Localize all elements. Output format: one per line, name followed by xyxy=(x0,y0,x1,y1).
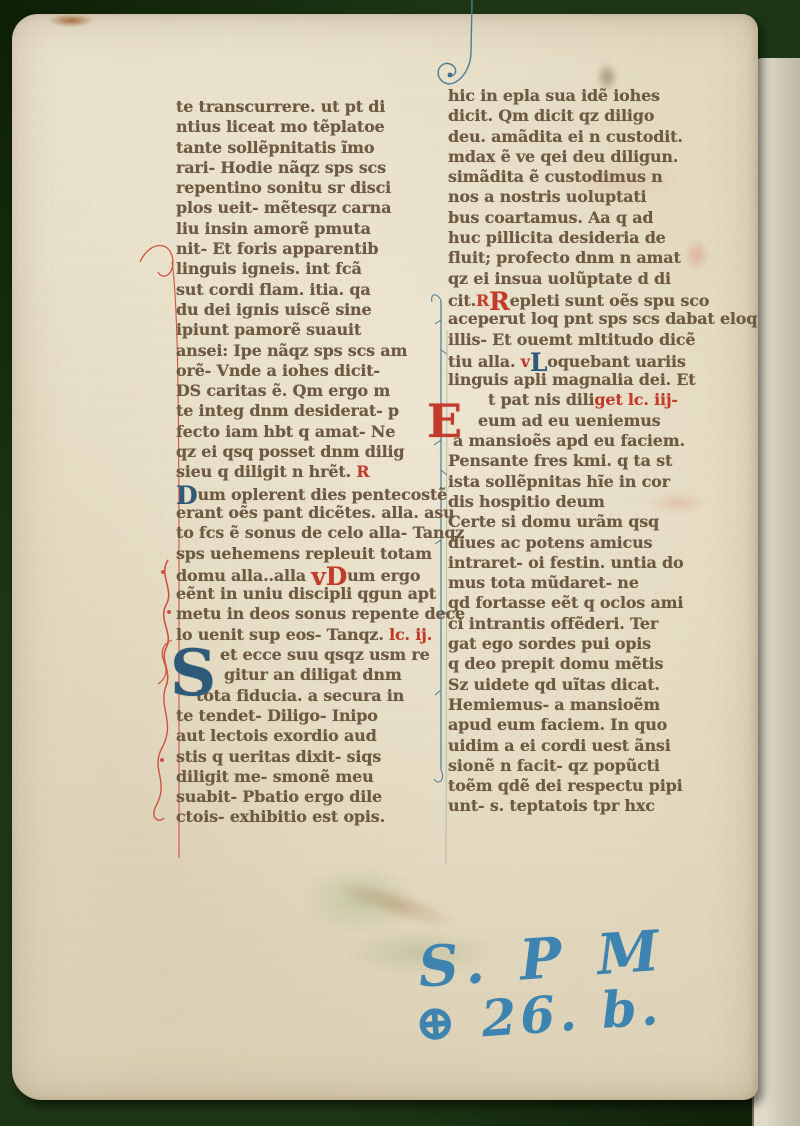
manuscript-text-line: cit.RRepleti sunt oẽs spu sco xyxy=(448,289,720,309)
manuscript-text-line: qz ei insua uolũptate d di xyxy=(448,269,720,289)
body-text: q deo prepit domu mẽtis xyxy=(448,654,663,673)
manuscript-text-line: ntius liceat mo tẽplatoe xyxy=(176,117,440,137)
body-text: eẽnt in uniu discipli qgun apt xyxy=(176,584,436,603)
manuscript-text-line: eẽnt in uniu discipli qgun apt xyxy=(176,584,440,604)
body-text: cit. xyxy=(448,291,476,310)
body-text: domu alla..alla xyxy=(176,566,311,585)
body-text: Hemiemus- a mansioẽm xyxy=(448,695,660,714)
body-text: DS caritas ẽ. Qm ergo m xyxy=(176,381,390,400)
manuscript-text-line: repentino sonitu sr disci xyxy=(176,178,440,198)
rubric-text: R xyxy=(476,291,489,310)
manuscript-text-line: dis hospitio deum xyxy=(448,492,720,512)
body-text: dicit. Qm dicit qz diligo xyxy=(448,106,654,125)
body-text: rari- Hodie nãqz sps scs xyxy=(176,158,386,177)
initial-letter-e: E xyxy=(427,398,462,444)
manuscript-text-line: apud eum faciem. In quo xyxy=(448,715,720,735)
body-text: simãdita ẽ custodimus n xyxy=(448,167,663,186)
body-text: te integ dnm desiderat- p xyxy=(176,401,399,420)
body-text: gat ego sordes pui opis xyxy=(448,634,651,653)
body-text: fecto iam hbt q amat- Ne xyxy=(176,422,395,441)
manuscript-text-line: Dum oplerent dies pentecostẽ xyxy=(176,483,440,503)
body-text: um ergo xyxy=(347,566,420,585)
manuscript-text-line: aut lectois exordio aud xyxy=(176,726,440,746)
body-text: toẽm qdẽ dei respectu pipi xyxy=(448,776,683,795)
body-text: ista sollẽpnitas hĩe in cor xyxy=(448,472,670,491)
body-text: te transcurrere. ut pt di xyxy=(176,97,385,116)
manuscript-text-line: Certe si domu urãm qsq xyxy=(448,512,720,532)
manuscript-text-line: diligit me- smonẽ meu xyxy=(176,767,440,787)
facing-page-edge xyxy=(752,58,800,1126)
body-text: linguis igneis. int fcã xyxy=(176,259,362,278)
initial-letter-s: S xyxy=(170,642,216,706)
manuscript-text-line: linguis igneis. int fcã xyxy=(176,259,440,279)
body-text: mus tota mũdaret- ne xyxy=(448,573,639,592)
manuscript-text-line: intraret- oi festin. untia do xyxy=(448,553,720,573)
body-text: Sz uidete qd uĩtas dicat. xyxy=(448,675,660,694)
manuscript-text-line: suabit- Pbatio ergo dile xyxy=(176,787,440,807)
manuscript-text-line: dicit. Qm dicit qz diligo xyxy=(448,106,720,126)
manuscript-text-line: eum ad eu ueniemus xyxy=(448,411,720,431)
manuscript-text-line: domu alla..alla vDum ergo xyxy=(176,564,440,584)
body-text: linguis apli magnalia dei. Et xyxy=(448,370,696,389)
manuscript-text-line: aceperut loq pnt sps scs dabat eloq xyxy=(448,309,720,329)
manuscript-text-line: qd fortasse eẽt q oclos ami xyxy=(448,593,720,613)
manuscript-text-line: fluit; profecto dnm n amat xyxy=(448,248,720,268)
body-text: sps uehemens repleuit totam xyxy=(176,544,432,563)
body-text: tota fiducia. a secura in xyxy=(196,686,404,705)
manuscript-text-line: a mansioẽs apd eu faciem. xyxy=(448,431,720,451)
body-text: uidim a ei cordi uest ãnsi xyxy=(448,736,671,755)
body-text: du dei ignis uiscẽ sine xyxy=(176,300,371,319)
body-text: metu in deos sonus repente dece xyxy=(176,604,465,623)
manuscript-text-line: ipiunt pamorẽ suauit xyxy=(176,320,440,340)
body-text: liu insin amorẽ pmuta xyxy=(176,219,371,238)
body-text: plos ueit- mẽtesqz carna xyxy=(176,198,391,217)
manuscript-text-line: DS caritas ẽ. Qm ergo m xyxy=(176,381,440,401)
manuscript-text-line: simãdita ẽ custodimus n xyxy=(448,167,720,187)
manuscript-text-line: orẽ- Vnde a iohes dicit- xyxy=(176,361,440,381)
manuscript-text-line: deu. amãdita ei n custodit. xyxy=(448,127,720,147)
body-text: qd fortasse eẽt q oclos ami xyxy=(448,593,683,612)
body-text: oquebant uariis xyxy=(547,352,685,371)
body-text: Certe si domu urãm qsq xyxy=(448,512,659,531)
body-text: epleti sunt oẽs spu sco xyxy=(510,291,710,310)
manuscript-text-line: rari- Hodie nãqz sps scs xyxy=(176,158,440,178)
manuscript-text-line: te transcurrere. ut pt di xyxy=(176,97,440,117)
manuscript-text-line: sut cordi flam. itia. qa xyxy=(176,280,440,300)
body-text: ctois- exhibitio est opis. xyxy=(176,807,385,826)
body-text: diues ac potens amicus xyxy=(448,533,652,552)
rubric-text: v xyxy=(521,352,530,371)
manuscript-text-line: ista sollẽpnitas hĩe in cor xyxy=(448,472,720,492)
manuscript-text-line: du dei ignis uiscẽ sine xyxy=(176,300,440,320)
manuscript-text-line: nit- Et foris apparentib xyxy=(176,239,440,259)
body-text: hic in epla sua idẽ iohes xyxy=(448,86,660,105)
body-text: ntius liceat mo tẽplatoe xyxy=(176,117,385,136)
body-text: qz ei qsq posset dnm dilig xyxy=(176,442,404,461)
body-text: et ecce suu qsqz usm re xyxy=(220,645,430,664)
manuscript-text-line: unt- s. teptatois tpr hxc xyxy=(448,796,720,816)
body-text: dis hospitio deum xyxy=(448,492,605,511)
manuscript-text-line: ansei: Ipe nãqz sps scs am xyxy=(176,341,440,361)
manuscript-text-line: ci intrantis offẽderi. Ter xyxy=(448,614,720,634)
manuscript-text-line: liu insin amorẽ pmuta xyxy=(176,219,440,239)
manuscript-text-line: fecto iam hbt q amat- Ne xyxy=(176,422,440,442)
body-text: illis- Et ouemt mltitudo dicẽ xyxy=(448,330,695,349)
manuscript-text-line: Sz uidete qd uĩtas dicat. xyxy=(448,675,720,695)
manuscript-text-line: plos ueit- mẽtesqz carna xyxy=(176,198,440,218)
body-text: unt- s. teptatois tpr hxc xyxy=(448,796,655,815)
body-text: sieu q diligit n hrẽt. xyxy=(176,462,356,481)
manuscript-text-line: gat ego sordes pui opis xyxy=(448,634,720,654)
body-text: diligit me- smonẽ meu xyxy=(176,767,374,786)
manuscript-text-line: t pat nis diliget lc. iij- xyxy=(448,390,720,410)
manuscript-text-line: stis q ueritas dixit- siqs xyxy=(176,747,440,767)
body-text: aut lectois exordio aud xyxy=(176,726,377,745)
body-text: repentino sonitu sr disci xyxy=(176,178,391,197)
manuscript-text-line: qz ei qsq posset dnm dilig xyxy=(176,442,440,462)
body-text: fluit; profecto dnm n amat xyxy=(448,248,681,267)
body-text: aceperut loq pnt sps scs dabat eloq xyxy=(448,309,757,328)
body-text: sionẽ n facit- qz popũcti xyxy=(448,756,660,775)
manuscript-text-line: mdax ẽ ve qei deu diligun. xyxy=(448,147,720,167)
manuscript-text-line: mus tota mũdaret- ne xyxy=(448,573,720,593)
body-text: um oplerent dies pentecostẽ xyxy=(197,485,447,504)
body-text: to fcs ẽ sonus de celo alla- Tanqz xyxy=(176,523,464,542)
body-text: stis q ueritas dixit- siqs xyxy=(176,747,381,766)
body-text: eum ad eu ueniemus xyxy=(478,411,661,430)
manuscript-text-line: ctois- exhibitio est opis. xyxy=(176,807,440,827)
body-text: mdax ẽ ve qei deu diligun. xyxy=(448,147,678,166)
manuscript-text-line: Pensante fres kmi. q ta st xyxy=(448,451,720,471)
shelfmark: S. P M ⊕ 26. b. xyxy=(416,921,672,1049)
rubric-text: get xyxy=(594,390,628,409)
manuscript-text-line: bus coartamus. Aa q ad xyxy=(448,208,720,228)
manuscript-text-line: hic in epla sua idẽ iohes xyxy=(448,86,720,106)
body-text: gitur an diligat dnm xyxy=(224,665,402,684)
rubric-text: R xyxy=(356,462,369,481)
photo-background: te transcurrere. ut pt dintius liceat mo… xyxy=(0,0,800,1126)
body-text: suabit- Pbatio ergo dile xyxy=(176,787,382,806)
manuscript-text-line: illis- Et ouemt mltitudo dicẽ xyxy=(448,330,720,350)
body-text: ipiunt pamorẽ suauit xyxy=(176,320,361,339)
manuscript-text-line: tiu alla. vLoquebant uariis xyxy=(448,350,720,370)
manuscript-text-line: Hemiemus- a mansioẽm xyxy=(448,695,720,715)
body-text: sut cordi flam. itia. qa xyxy=(176,280,371,299)
manuscript-text-line: toẽm qdẽ dei respectu pipi xyxy=(448,776,720,796)
body-text: deu. amãdita ei n custodit. xyxy=(448,127,683,146)
body-text: huc pillicita desideria de xyxy=(448,228,666,247)
body-text: nit- Et foris apparentib xyxy=(176,239,378,258)
text-column-right: hic in epla sua idẽ iohesdicit. Qm dicit… xyxy=(448,86,720,817)
body-text: apud eum faciem. In quo xyxy=(448,715,667,734)
body-text: tante sollẽpnitatis ĩmo xyxy=(176,138,374,157)
body-text: tiu alla. xyxy=(448,352,521,371)
rubric-text: lc. ij. xyxy=(389,625,432,644)
body-text: ci intrantis offẽderi. Ter xyxy=(448,614,658,633)
manuscript-text-line: nos a nostris uoluptati xyxy=(448,187,720,207)
manuscript-text-line: metu in deos sonus repente dece xyxy=(176,604,440,624)
manuscript-text-line: diues ac potens amicus xyxy=(448,533,720,553)
manuscript-text-line: tante sollẽpnitatis ĩmo xyxy=(176,138,440,158)
body-text: nos a nostris uoluptati xyxy=(448,187,646,206)
body-text: erant oẽs pant dicẽtes. alla. asu xyxy=(176,503,455,522)
manuscript-text-line: sionẽ n facit- qz popũcti xyxy=(448,756,720,776)
body-text: bus coartamus. Aa q ad xyxy=(448,208,653,227)
manuscript-text-line: uidim a ei cordi uest ãnsi xyxy=(448,736,720,756)
text-column-left: te transcurrere. ut pt dintius liceat mo… xyxy=(176,97,440,828)
manuscript-text-line: sps uehemens repleuit totam xyxy=(176,544,440,564)
rubric-text: lc. iij- xyxy=(628,390,678,409)
manuscript-text-line: sieu q diligit n hrẽt. R xyxy=(176,462,440,482)
body-text: Pensante fres kmi. q ta st xyxy=(448,451,672,470)
body-text: orẽ- Vnde a iohes dicit- xyxy=(176,361,380,380)
manuscript-text-line: to fcs ẽ sonus de celo alla- Tanqz xyxy=(176,523,440,543)
body-text: ansei: Ipe nãqz sps scs am xyxy=(176,341,407,360)
manuscript-text-line: huc pillicita desideria de xyxy=(448,228,720,248)
body-text: intraret- oi festin. untia do xyxy=(448,553,683,572)
body-text: a mansioẽs apd eu faciem. xyxy=(453,431,685,450)
manuscript-text-line: te integ dnm desiderat- p xyxy=(176,401,440,421)
manuscript-text-line: linguis apli magnalia dei. Et xyxy=(448,370,720,390)
body-text: qz ei insua uolũptate d di xyxy=(448,269,671,288)
manuscript-text-line: q deo prepit domu mẽtis xyxy=(448,654,720,674)
body-text: t pat nis dili xyxy=(488,390,594,409)
manuscript-text-line: erant oẽs pant dicẽtes. alla. asu xyxy=(176,503,440,523)
